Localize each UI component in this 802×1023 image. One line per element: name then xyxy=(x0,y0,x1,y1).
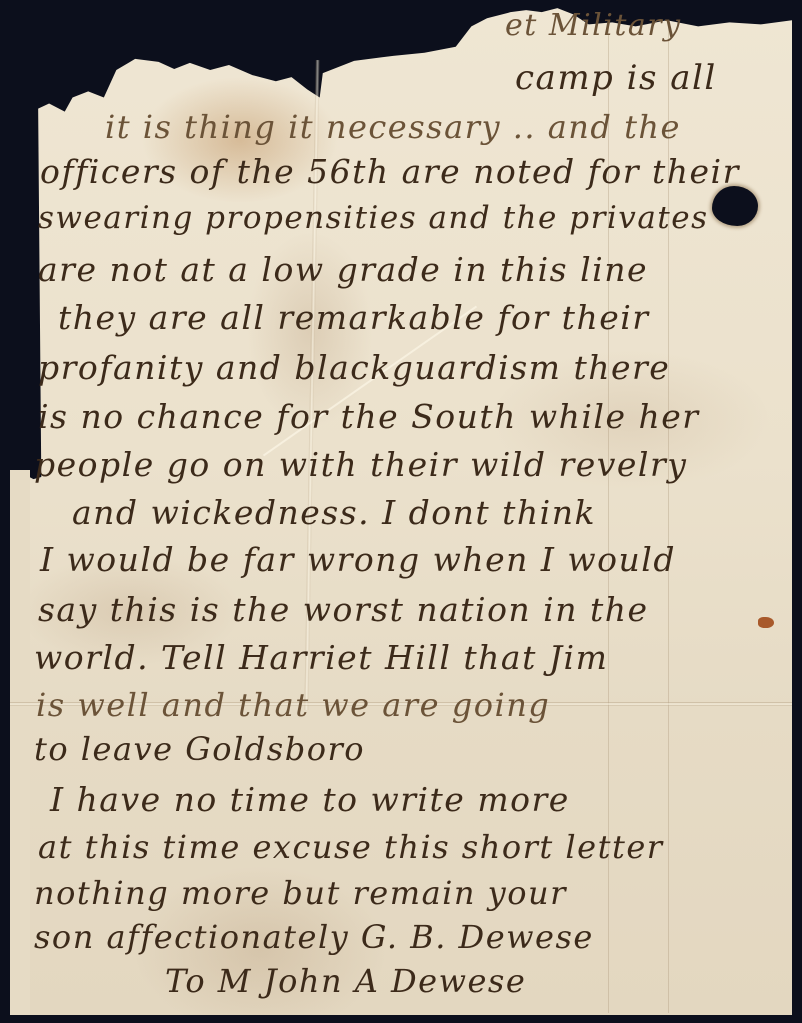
handwritten-line: say this is the worst nation in the xyxy=(38,590,649,629)
paper-edge xyxy=(10,470,30,1015)
handwritten-line: camp is all xyxy=(515,58,717,98)
handwritten-line: it is thing it necessary .. and the xyxy=(105,108,681,146)
handwritten-line: I have no time to write more xyxy=(50,780,570,819)
handwritten-line: they are all remarkable for their xyxy=(58,298,650,337)
burn-hole xyxy=(712,186,758,226)
handwritten-line: are not at a low grade in this line xyxy=(38,250,648,289)
handwritten-line: is well and that we are going xyxy=(36,686,550,724)
handwritten-line: swearing propensities and the privates xyxy=(38,200,709,236)
handwritten-line: et Military xyxy=(505,8,682,43)
scan-border xyxy=(792,0,802,1023)
handwritten-line: at this time excuse this short letter xyxy=(38,828,664,866)
handwritten-line: is no chance for the South while her xyxy=(38,397,700,436)
signature-line: son affectionately G. B. Dewese xyxy=(34,918,594,956)
handwritten-line: profanity and blackguardism there xyxy=(38,348,670,387)
handwritten-line: I would be far wrong when I would xyxy=(40,540,676,579)
handwritten-line: to leave Goldsboro xyxy=(34,730,365,768)
handwritten-line: officers of the 56th are noted for their xyxy=(40,152,740,191)
handwritten-line: people go on with their wild revelry xyxy=(34,445,687,484)
rust-stain xyxy=(758,617,774,628)
handwritten-line: nothing more but remain your xyxy=(34,874,567,912)
letter-scan: et Military camp is all it is thing it n… xyxy=(0,0,802,1023)
address-line: To M John A Dewese xyxy=(165,962,526,1000)
handwritten-line: and wickedness. I dont think xyxy=(72,493,596,532)
handwritten-line: world. Tell Harriet Hill that Jim xyxy=(34,638,608,677)
